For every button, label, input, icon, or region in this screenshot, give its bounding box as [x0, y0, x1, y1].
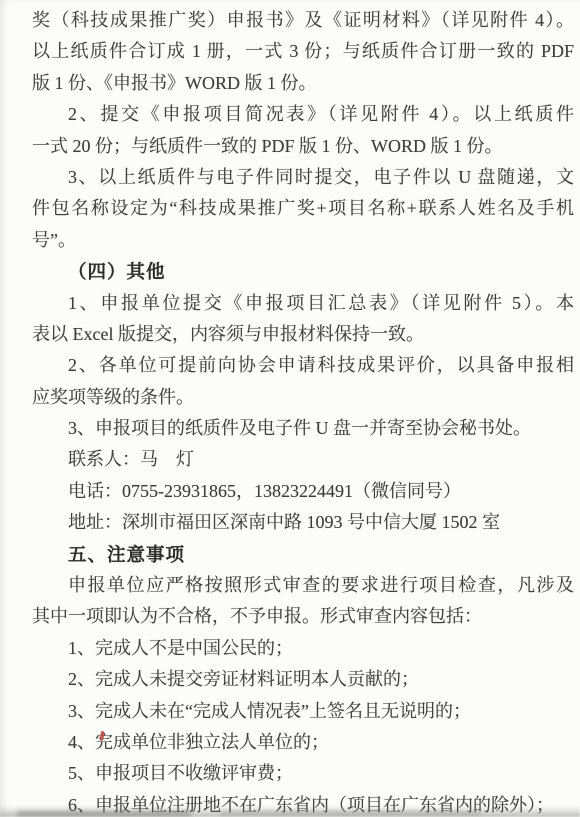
doc-line-item-2: 2、提交《申报项目简况表》（详见附件 4）。以上纸质件 — [32, 99, 574, 130]
doc-line: 其中一项即认为不合格，不予申报。形式审查内容包括： — [32, 601, 574, 632]
notes-item-2: 2、完成人未提交旁证材料证明本人贡献的； — [32, 664, 574, 695]
document-page: 奖（科技成果推广奖）申报书》及《证明材料》（详见附件 4）。 以上纸质件合订成 … — [0, 0, 580, 817]
doc-line: 申报单位应严格按照形式审查的要求进行项目检查，凡涉及 — [32, 570, 574, 601]
section-heading-notes: 五、注意事项 — [32, 539, 574, 570]
doc-line: 件包名称设定为“科技成果推广奖+项目名称+联系人姓名及手机 — [32, 193, 574, 224]
doc-line: 以上纸质件合订成 1 册，一式 3 份；与纸质件合订册一致的 PDF — [32, 36, 574, 67]
doc-line: 奖（科技成果推广奖）申报书》及《证明材料》（详见附件 4）。 — [32, 5, 574, 36]
doc-line: 号”。 — [32, 225, 574, 256]
notes-item-3: 3、完成人未在“完成人情况表”上签名且无说明的； — [32, 696, 574, 727]
doc-line-item-1: 1、申报单位提交《申报项目汇总表》（详见附件 5）。本 — [32, 288, 574, 319]
notes-item-4: 4、完成单位非独立法人单位的； — [32, 727, 574, 758]
notes-item-1: 1、完成人不是中国公民的； — [32, 633, 574, 664]
doc-line-item-3: 3、以上纸质件与电子件同时提交，电子件以 U 盘随递，文 — [32, 162, 574, 193]
doc-line: 版 1 份、《申报书》WORD 版 1 份。 — [32, 68, 574, 99]
doc-line: 应奖项等级的条件。 — [32, 382, 574, 413]
doc-line: 表以 Excel 版提交，内容须与申报材料保持一致。 — [32, 319, 574, 350]
section-heading-other: （四）其他 — [32, 256, 574, 287]
contact-person-line: 联系人：马 灯 — [32, 444, 574, 475]
notes-item-6: 6、申报单位注册地不在广东省内（项目在广东省内的除外）； — [32, 790, 574, 817]
contact-phone-line: 电话：0755-23931865，13823224491（微信同号） — [32, 476, 574, 507]
contact-address-line: 地址：深圳市福田区深南中路 1093 号中信大厦 1502 室 — [32, 507, 574, 538]
doc-line-item-3: 3、申报项目的纸质件及电子件 U 盘一并寄至协会秘书处。 — [32, 413, 574, 444]
doc-line: 一式 20 份；与纸质件一致的 PDF 版 1 份、WORD 版 1 份。 — [32, 131, 574, 162]
doc-line-item-2: 2、各单位可提前向协会申请科技成果评价，以具备申报相 — [32, 350, 574, 381]
scanned-document-screenshot: { "page": { "background": "#fcfcfa", "te… — [0, 0, 580, 817]
notes-item-5: 5、申报项目不收缴评审费； — [32, 758, 574, 789]
